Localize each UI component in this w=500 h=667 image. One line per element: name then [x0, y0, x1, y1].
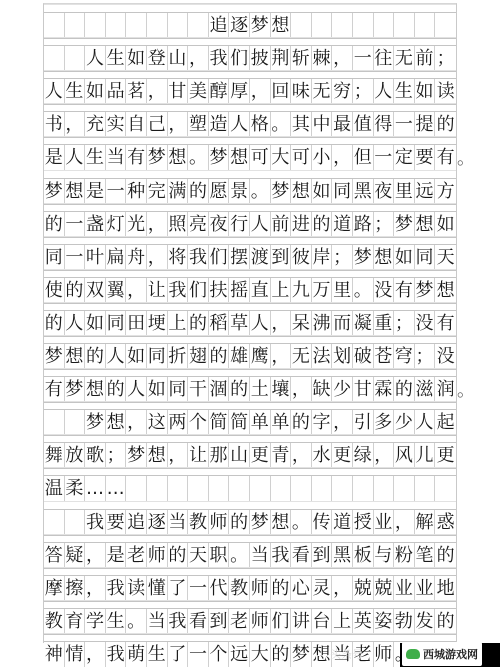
grid-cell: 进 — [291, 212, 312, 237]
grid-cell: 上 — [168, 311, 189, 336]
grid-cell: 九 — [291, 278, 312, 303]
grid-cell: 更 — [332, 443, 353, 468]
grid-cell: 两 — [168, 410, 189, 435]
grid-cell: 勃 — [394, 609, 415, 634]
grid-cell: 的 — [188, 311, 209, 336]
grid-cell: 满 — [168, 179, 189, 204]
grid-cell: 小 — [312, 145, 333, 170]
grid-cell: 充 — [85, 112, 106, 137]
grid-cell: ， — [85, 642, 106, 667]
grid-cell: 的 — [65, 278, 86, 303]
overflow-punctuation: 。 — [457, 378, 475, 403]
grid-cell — [332, 476, 353, 501]
grid-cell: 土 — [250, 377, 271, 402]
grid-cell: 翅 — [188, 344, 209, 369]
grid-cell: 想 — [435, 278, 456, 303]
row-gap-line — [44, 70, 456, 71]
text-row: 梦想，这两个简简单单的字，引多少人起 — [44, 409, 456, 436]
grid-cell: ， — [332, 576, 353, 601]
grid-cell: 品 — [106, 79, 127, 104]
grid-cell: 上 — [332, 609, 353, 634]
grid-cell: 想 — [415, 212, 436, 237]
grid-cell: 渡 — [250, 245, 271, 270]
grid-cell: 景 — [229, 179, 250, 204]
grid-cell: 师 — [250, 609, 271, 634]
grid-cell: 业 — [415, 576, 436, 601]
grid-cell: 有 — [435, 145, 456, 170]
text-row: 使的双翼，让我们扶摇直上九万里。没有梦想 — [44, 277, 456, 304]
grid-cell: 老 — [126, 543, 147, 568]
text-row: 舞放歌；梦想，让那山更青，水更绿，风儿更 — [44, 442, 456, 469]
grid-cell: 代 — [209, 576, 230, 601]
grid-cell: 们 — [229, 46, 250, 71]
grid-cell: 粉 — [394, 543, 415, 568]
grid-cell: 简 — [209, 410, 230, 435]
grid-cell: 发 — [415, 609, 436, 634]
row-gap-line — [44, 103, 456, 104]
grid-cell: 万 — [312, 278, 333, 303]
grid-cell: 引 — [353, 410, 374, 435]
row-gap-line — [44, 236, 456, 237]
grid-cell: 如 — [147, 377, 168, 402]
grid-cell: 当 — [147, 609, 168, 634]
grid-cell — [65, 510, 86, 535]
grid-cell: 上 — [271, 278, 292, 303]
grid-cell: 梦 — [44, 179, 65, 204]
grid-cell: 板 — [353, 543, 374, 568]
grid-cell: 讲 — [291, 609, 312, 634]
row-gap-line — [44, 335, 456, 336]
grid-cell: 中 — [312, 112, 333, 137]
grid-cell: 与 — [374, 543, 395, 568]
grid-cell: 实 — [106, 112, 127, 137]
composition-grid-paper: 追逐梦想 人生如登山，我们披荆斩棘，一往无前；人生如品茗，甘美醇厚，回味无穷；人… — [43, 3, 457, 643]
grid-cell: 而 — [332, 311, 353, 336]
grid-cell: 回 — [271, 79, 292, 104]
grid-cell: 人 — [126, 377, 147, 402]
grid-cell: 柔 — [65, 476, 86, 501]
grid-cell: 如 — [126, 344, 147, 369]
grid-cell: 字 — [312, 410, 333, 435]
grid-cell: 的 — [229, 510, 250, 535]
grid-cell: 人 — [65, 311, 86, 336]
grid-cell: 的 — [271, 642, 292, 667]
text-row: 教育学生。当我看到老师们讲台上英姿勃发的 — [44, 608, 456, 635]
grid-cell: 盏 — [85, 212, 106, 237]
grid-cell: 人 — [65, 145, 86, 170]
grid-cell: 山 — [168, 46, 189, 71]
grid-cell: 当 — [250, 543, 271, 568]
grid-cell: 想 — [65, 179, 86, 204]
grid-cell: 如 — [126, 46, 147, 71]
grid-cell: 梦 — [250, 13, 271, 38]
grid-cell: 生 — [106, 46, 127, 71]
row-gap-line — [44, 368, 456, 369]
grid-cell: 想 — [374, 245, 395, 270]
grid-cell: 摩 — [44, 576, 65, 601]
grid-cell — [291, 476, 312, 501]
grid-cell: 。 — [188, 145, 209, 170]
grid-cell: ， — [126, 278, 147, 303]
grid-cell: 同 — [332, 179, 353, 204]
grid-cell — [374, 13, 395, 38]
grid-cell: 夜 — [374, 179, 395, 204]
grid-cell: 路 — [353, 212, 374, 237]
grid-cell: 是 — [106, 543, 127, 568]
text-row: 有梦想的人如同干涸的土壤，缺少甘霖的滋润 — [44, 376, 456, 403]
grid-cell: 使 — [44, 278, 65, 303]
grid-cell: 青 — [271, 443, 292, 468]
grid-cell: 甘 — [168, 79, 189, 104]
grid-cell — [415, 13, 436, 38]
grid-cell: 姿 — [374, 609, 395, 634]
grid-cell: 重 — [374, 311, 395, 336]
grid-cell: 人 — [85, 46, 106, 71]
grid-cell: 里 — [332, 278, 353, 303]
grid-cell: 。 — [250, 179, 271, 204]
grid-cell: 更 — [250, 443, 271, 468]
grid-cell: 职 — [209, 543, 230, 568]
grid-cell: 。 — [229, 543, 250, 568]
grid-cell: … — [106, 476, 127, 501]
grid-cell: 大 — [271, 145, 292, 170]
grid-cell: 夜 — [209, 212, 230, 237]
grid-cell: ， — [188, 46, 209, 71]
grid-cell: 了 — [168, 576, 189, 601]
grid-cell: 提 — [415, 112, 436, 137]
row-gap-line — [44, 633, 456, 634]
grid-cell: 一 — [65, 245, 86, 270]
grid-cell: 如 — [85, 311, 106, 336]
grid-cell: 放 — [65, 443, 86, 468]
grid-cell: 沸 — [312, 311, 333, 336]
grid-cell: 梦 — [85, 410, 106, 435]
grid-cell: 这 — [147, 410, 168, 435]
grid-cell: 里 — [394, 179, 415, 204]
grid-cell: 人 — [44, 79, 65, 104]
grid-cell: 方 — [435, 179, 456, 204]
grid-cell: 到 — [209, 609, 230, 634]
grid-cell: 直 — [250, 278, 271, 303]
grid-cell: 同 — [106, 311, 127, 336]
grid-cell: 愿 — [209, 179, 230, 204]
grid-cell: 解 — [415, 510, 436, 535]
grid-cell — [291, 13, 312, 38]
grid-cell: 自 — [126, 112, 147, 137]
grid-cell: 醇 — [209, 79, 230, 104]
grid-cell: 想 — [65, 344, 86, 369]
grid-cell — [168, 476, 189, 501]
grid-cell: 的 — [168, 543, 189, 568]
grid-cell: 鹰 — [250, 344, 271, 369]
grid-cell: 更 — [435, 443, 456, 468]
grid-cell: 法 — [312, 344, 333, 369]
grid-cell: 摇 — [229, 278, 250, 303]
grid-cell: 一 — [394, 112, 415, 137]
grid-cell: 有 — [44, 377, 65, 402]
grid-cell: 双 — [85, 278, 106, 303]
text-row: 我要追逐当教师的梦想。传道授业，解惑 — [44, 509, 456, 536]
grid-cell: 登 — [147, 46, 168, 71]
grid-cell: 有 — [126, 145, 147, 170]
grid-cell: 美 — [188, 79, 209, 104]
grid-cell: 茗 — [126, 79, 147, 104]
text-row: 温柔…… — [44, 475, 456, 502]
grid-cell: 壤 — [271, 377, 292, 402]
grid-cell: 心 — [291, 576, 312, 601]
grid-cell: 一 — [65, 212, 86, 237]
grid-cell — [435, 476, 456, 501]
grid-cell: 有 — [394, 278, 415, 303]
row-gap-line — [44, 401, 456, 402]
grid-cell — [65, 410, 86, 435]
grid-cell: ， — [147, 212, 168, 237]
row-gap-line — [44, 467, 456, 468]
grid-cell — [394, 476, 415, 501]
grid-cell — [44, 510, 65, 535]
grid-cell: 读 — [435, 79, 456, 104]
grid-cell: 润 — [435, 377, 456, 402]
grid-cell: 生 — [394, 79, 415, 104]
grid-cell: 扶 — [209, 278, 230, 303]
grid-cell: 厚 — [229, 79, 250, 104]
grid-cell: 。 — [291, 510, 312, 535]
text-row: 人生如登山，我们披荆斩棘，一往无前； — [44, 45, 456, 72]
grid-cell: 往 — [374, 46, 395, 71]
row-gap-line — [44, 269, 456, 270]
grid-cell: 涸 — [209, 377, 230, 402]
grid-cell — [85, 13, 106, 38]
grid-cell: 业 — [394, 576, 415, 601]
grid-cell: 可 — [250, 145, 271, 170]
grid-cell: 梦 — [147, 145, 168, 170]
grid-cell: 歌 — [85, 443, 106, 468]
grid-cell: 没 — [435, 344, 456, 369]
grid-cell: 有 — [435, 311, 456, 336]
grid-cell: 其 — [291, 112, 312, 137]
grid-cell: 。 — [353, 278, 374, 303]
grid-cell: 滋 — [415, 377, 436, 402]
grid-cell: 梦 — [250, 510, 271, 535]
grid-cell: 稻 — [209, 311, 230, 336]
grid-cell: 们 — [188, 278, 209, 303]
grid-cell: 定 — [394, 145, 415, 170]
grid-cell: 惑 — [435, 510, 456, 535]
grid-cell — [147, 476, 168, 501]
grid-cell: 梦 — [353, 245, 374, 270]
grid-cell: 疑 — [65, 543, 86, 568]
grid-cell: 折 — [168, 344, 189, 369]
grid-cell: 生 — [106, 609, 127, 634]
grid-cell: 披 — [250, 46, 271, 71]
grid-cell: 追 — [209, 13, 230, 38]
grid-cell: 笔 — [415, 543, 436, 568]
grid-cell: 逐 — [229, 13, 250, 38]
grid-cell: 的 — [209, 344, 230, 369]
grid-cell: 呆 — [291, 311, 312, 336]
grid-cell: 斩 — [291, 46, 312, 71]
row-gap-line — [44, 600, 456, 601]
grid-cell: 可 — [291, 145, 312, 170]
grid-cell: 当 — [106, 145, 127, 170]
grid-cell: 舟 — [126, 245, 147, 270]
grid-cell: 棘 — [312, 46, 333, 71]
grid-cell: 一 — [353, 46, 374, 71]
grid-cell: 授 — [353, 510, 374, 535]
row-gap-line — [44, 203, 456, 204]
grid-cell: 让 — [147, 278, 168, 303]
grid-cell: 我 — [168, 609, 189, 634]
grid-cell: 人 — [229, 112, 250, 137]
grid-cell: 是 — [85, 179, 106, 204]
grid-cell: 的 — [229, 377, 250, 402]
grid-cell: 了 — [168, 642, 189, 667]
grid-cell: ， — [271, 344, 292, 369]
grid-cell: 岸 — [312, 245, 333, 270]
grid-cell: 塑 — [188, 112, 209, 137]
grid-cell: ， — [85, 576, 106, 601]
grid-cell: 教 — [188, 510, 209, 535]
text-row: 神情，我萌生了一个远大的梦想当老师。教语 — [44, 641, 456, 667]
grid-cell: 们 — [271, 609, 292, 634]
grid-cell — [332, 13, 353, 38]
grid-cell: 的 — [188, 179, 209, 204]
grid-cell: 前 — [415, 46, 436, 71]
grid-cell: 情 — [65, 642, 86, 667]
grid-cell: 我 — [271, 543, 292, 568]
grid-cell: 的 — [271, 576, 292, 601]
grid-cell: 台 — [312, 609, 333, 634]
watermark-text: 西城游戏网 — [423, 646, 478, 662]
grid-cell — [374, 476, 395, 501]
grid-cell: 天 — [188, 543, 209, 568]
grid-cell — [65, 46, 86, 71]
grid-cell: … — [85, 476, 106, 501]
grid-cell: ； — [394, 311, 415, 336]
grid-cell: 生 — [85, 145, 106, 170]
grid-cell: 山 — [229, 443, 250, 468]
grid-cell: 的 — [44, 212, 65, 237]
grid-cell: 的 — [106, 377, 127, 402]
grid-cell: 们 — [209, 245, 230, 270]
grid-cell: 是 — [44, 145, 65, 170]
grid-cell: 我 — [106, 642, 127, 667]
grid-cell: 甘 — [353, 377, 374, 402]
grid-cell — [353, 13, 374, 38]
grid-cell: ； — [106, 443, 127, 468]
grid-cell: 梦 — [394, 212, 415, 237]
grid-cell: 绿 — [353, 443, 374, 468]
grid-cell — [126, 13, 147, 38]
grid-cell: 育 — [65, 609, 86, 634]
grid-cell: ， — [250, 79, 271, 104]
grid-cell: 霖 — [374, 377, 395, 402]
grid-cell: ； — [415, 344, 436, 369]
grid-cell: 人 — [250, 212, 271, 237]
faint-watermark: 头条号 — [330, 646, 363, 662]
grid-cell: 想 — [168, 145, 189, 170]
grid-cell: 造 — [209, 112, 230, 137]
watermark-badge: 西城游戏网 — [402, 642, 482, 666]
grid-cell: 的 — [85, 344, 106, 369]
grid-cell: 我 — [188, 245, 209, 270]
grid-cell — [44, 13, 65, 38]
grid-cell: 梦 — [44, 344, 65, 369]
grid-cell — [106, 13, 127, 38]
grid-cell: 萌 — [126, 642, 147, 667]
grid-cell: 我 — [85, 510, 106, 535]
text-row: 人生如品茗，甘美醇厚，回味无穷；人生如读 — [44, 78, 456, 105]
grid-cell: 黑 — [353, 179, 374, 204]
grid-cell: 灵 — [312, 576, 333, 601]
grid-cell: 梦 — [65, 377, 86, 402]
grid-cell: 业 — [374, 510, 395, 535]
grid-cell: 一 — [106, 179, 127, 204]
grid-cell: 翼 — [106, 278, 127, 303]
grid-cell: 天 — [435, 245, 456, 270]
grid-cell: 水 — [312, 443, 333, 468]
grid-cell: 师 — [374, 642, 395, 667]
grid-cell — [435, 13, 456, 38]
grid-cell: 梦 — [415, 278, 436, 303]
grid-cell: 人 — [106, 344, 127, 369]
text-row: 摩擦，我读懂了一代教师的心灵，兢兢业业地 — [44, 575, 456, 602]
grid-cell: 将 — [168, 245, 189, 270]
grid-cell: 干 — [188, 377, 209, 402]
grid-cell: 同 — [415, 245, 436, 270]
grid-cell: ， — [271, 311, 292, 336]
grid-cell: 彼 — [291, 245, 312, 270]
text-row: 梦想的人如同折翅的雄鹰，无法划破苍穹；没 — [44, 343, 456, 370]
grid-cell: 想 — [147, 443, 168, 468]
grid-cell: 划 — [332, 344, 353, 369]
grid-cell: 要 — [106, 510, 127, 535]
grid-cell: 教 — [229, 576, 250, 601]
grid-cell: 当 — [168, 510, 189, 535]
grid-cell: 值 — [353, 112, 374, 137]
grid-cell: 道 — [332, 510, 353, 535]
grid-cell: 亮 — [188, 212, 209, 237]
grid-cell: 老 — [229, 609, 250, 634]
grid-cell: 起 — [435, 410, 456, 435]
grid-cell: ， — [332, 410, 353, 435]
grid-cell: 如 — [435, 212, 456, 237]
grid-cell: 一 — [188, 642, 209, 667]
row-gap-line — [44, 434, 456, 435]
grid-cell: 扁 — [106, 245, 127, 270]
grid-cell: 黑 — [332, 543, 353, 568]
grid-cell: 传 — [312, 510, 333, 535]
grid-cell: ； — [435, 46, 456, 71]
grid-cell: 一 — [374, 145, 395, 170]
row-gap-line — [44, 170, 456, 171]
grid-cell: 读 — [126, 576, 147, 601]
grid-cell: 师 — [147, 543, 168, 568]
grid-cell: 雄 — [229, 344, 250, 369]
grid-cell: 穷 — [332, 79, 353, 104]
grid-cell: ， — [126, 410, 147, 435]
grid-cell: 行 — [229, 212, 250, 237]
grid-cell: 到 — [271, 245, 292, 270]
grid-cell: 叶 — [85, 245, 106, 270]
grid-cell: 凝 — [353, 311, 374, 336]
grid-cell: 远 — [229, 642, 250, 667]
grid-cell — [44, 410, 65, 435]
grid-cell: 生 — [147, 642, 168, 667]
grid-cell: 穹 — [394, 344, 415, 369]
grid-cell: 但 — [353, 145, 374, 170]
row-gap-line — [44, 136, 456, 137]
